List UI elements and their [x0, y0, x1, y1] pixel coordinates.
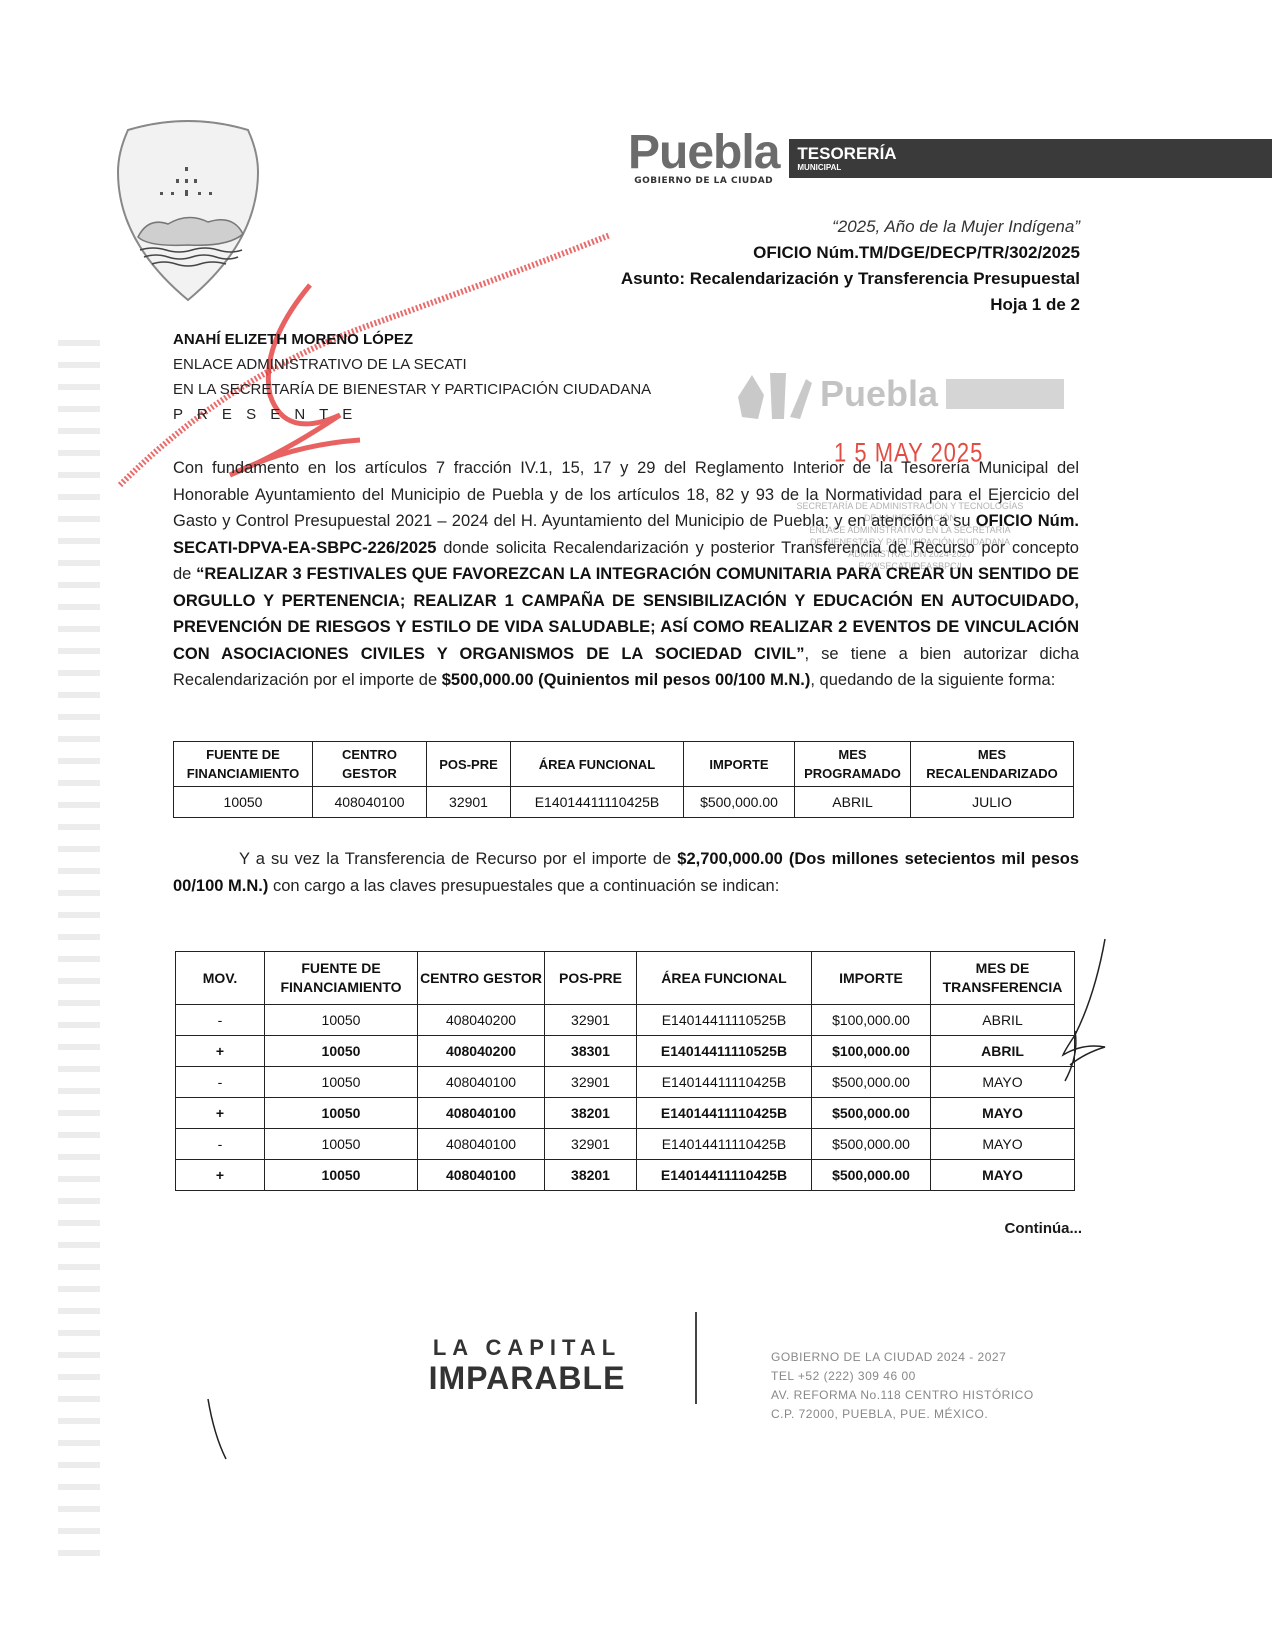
table-cell: $100,000.00 [812, 1005, 931, 1036]
table-cell: E14014411110525B [637, 1005, 812, 1036]
table-cell: 10050 [265, 1005, 418, 1036]
text-run: Y a su vez la Transferencia de Recurso p… [239, 850, 677, 868]
table-row: +1005040804010038201E14014411110425B$500… [176, 1098, 1075, 1129]
coat-of-arms-icon [108, 112, 268, 302]
table-cell: MAYO [931, 1129, 1075, 1160]
table-cell: JULIO [911, 787, 1074, 818]
table-cell: $500,000.00 [812, 1067, 931, 1098]
table-cell: 32901 [545, 1067, 637, 1098]
pen-stroke-mark [200, 1395, 240, 1465]
slogan-line-2: IMPARABLE [392, 1361, 662, 1395]
table-row: -1005040804020032901E14014411110525B$100… [176, 1005, 1075, 1036]
recalendar-amount: $500,000.00 (Quinientos mil pesos 00/100… [442, 671, 811, 689]
text-run: , quedando de la siguiente forma: [810, 671, 1055, 689]
recipient-name: ANAHÍ ELIZETH MORENO LÓPEZ [173, 327, 651, 352]
column-header: ÁREA FUNCIONAL [637, 952, 812, 1005]
table-cell: 32901 [545, 1005, 637, 1036]
table-cell: $500,000.00 [812, 1160, 931, 1191]
table-cell: 408040100 [418, 1160, 545, 1191]
movement-sign: - [176, 1129, 265, 1160]
movement-sign: + [176, 1098, 265, 1129]
address-line: TEL +52 (222) 309 46 00 [771, 1367, 1034, 1386]
footer-address: GOBIERNO DE LA CIUDAD 2024 - 2027 TEL +5… [771, 1348, 1034, 1424]
column-header: ÁREA FUNCIONAL [511, 742, 684, 787]
table-cell: 408040200 [418, 1005, 545, 1036]
table-row: 10050 408040100 32901 E14014411110425B $… [174, 787, 1074, 818]
column-header: POS-PRE [545, 952, 637, 1005]
table-cell: 408040100 [313, 787, 427, 818]
transfer-table: MOV. FUENTE DE FINANCIAMIENTO CENTRO GES… [175, 951, 1075, 1191]
column-header: IMPORTE [684, 742, 795, 787]
table-cell: 408040100 [418, 1129, 545, 1160]
column-header: FUENTE DE FINANCIAMIENTO [265, 952, 418, 1005]
table-row: +1005040804010038201E14014411110425B$500… [176, 1160, 1075, 1191]
recipient-position: ENLACE ADMINISTRATIVO DE LA SECATI [173, 352, 651, 377]
table-cell: E14014411110425B [637, 1067, 812, 1098]
table-row: +1005040804020038301E14014411110525B$100… [176, 1036, 1075, 1067]
column-header: IMPORTE [812, 952, 931, 1005]
continues-indicator: Continúa... [1005, 1220, 1083, 1237]
recalendarization-table: FUENTE DE FINANCIAMIENTO CENTRO GESTOR P… [173, 741, 1074, 818]
address-line: AV. REFORMA No.118 CENTRO HISTÓRICO [771, 1386, 1034, 1405]
table-cell: $500,000.00 [812, 1129, 931, 1160]
oficio-number: OFICIO Núm.TM/DGE/DECP/TR/302/2025 [621, 240, 1080, 266]
subject-line: Asunto: Recalendarización y Transferenci… [621, 266, 1080, 292]
table-cell: 38201 [545, 1098, 637, 1129]
table-cell: 38201 [545, 1160, 637, 1191]
slogan-line-1: LA CAPITAL [392, 1335, 662, 1361]
table-cell: 38301 [545, 1036, 637, 1067]
document-header: “2025, Año de la Mujer Indígena” OFICIO … [621, 214, 1080, 318]
table-cell: 10050 [174, 787, 313, 818]
column-header: CENTRO GESTOR [313, 742, 427, 787]
year-motto: “2025, Año de la Mujer Indígena” [621, 214, 1080, 240]
puebla-tesoreria-logo: Puebla GOBIERNO DE LA CIUDAD TESORERÍA M… [622, 118, 1022, 198]
column-header: MES PROGRAMADO [795, 742, 911, 787]
table-cell: 408040100 [418, 1098, 545, 1129]
table-cell: 10050 [265, 1067, 418, 1098]
stamp-emblem-icon [734, 367, 814, 421]
logo-wordmark: Puebla [628, 130, 779, 176]
column-header: CENTRO GESTOR [418, 952, 545, 1005]
table-cell: 10050 [265, 1129, 418, 1160]
table-cell: E14014411110425B [637, 1098, 812, 1129]
table-cell: E14014411110525B [637, 1036, 812, 1067]
footer-divider [695, 1312, 697, 1404]
movement-sign: + [176, 1036, 265, 1067]
table-cell: 32901 [427, 787, 511, 818]
table-cell: $500,000.00 [812, 1098, 931, 1129]
table-cell: 10050 [265, 1160, 418, 1191]
table-cell: 10050 [265, 1098, 418, 1129]
handwritten-signature [1035, 935, 1115, 1085]
department-badge: TESORERÍA MUNICIPAL [789, 139, 1272, 178]
stamp-wordmark: Puebla [820, 373, 938, 415]
recipient-block: ANAHÍ ELIZETH MORENO LÓPEZ ENLACE ADMINI… [173, 327, 651, 427]
movement-sign: - [176, 1005, 265, 1036]
address-line: C.P. 72000, PUEBLA, PUE. MÉXICO. [771, 1405, 1034, 1424]
recipient-presente: P R E S E N T E [173, 402, 651, 427]
table-cell: E14014411110425B [511, 787, 684, 818]
table-row: -1005040804010032901E14014411110425B$500… [176, 1067, 1075, 1098]
page-indicator: Hoja 1 de 2 [621, 292, 1080, 318]
movement-sign: + [176, 1160, 265, 1191]
table-header-row: MOV. FUENTE DE FINANCIAMIENTO CENTRO GES… [176, 952, 1075, 1005]
logo-subtitle: GOBIERNO DE LA CIUDAD [634, 176, 773, 186]
column-header: MES RECALENDARIZADO [911, 742, 1074, 787]
column-header: MOV. [176, 952, 265, 1005]
table-cell: 408040100 [418, 1067, 545, 1098]
table-header-row: FUENTE DE FINANCIAMIENTO CENTRO GESTOR P… [174, 742, 1074, 787]
footer-slogan-logo: LA CAPITAL IMPARABLE [392, 1335, 662, 1395]
movement-sign: - [176, 1067, 265, 1098]
body-paragraph-1: Con fundamento en los artículos 7 fracci… [173, 455, 1079, 694]
column-header: FUENTE DE FINANCIAMIENTO [174, 742, 313, 787]
table-cell: E14014411110425B [637, 1160, 812, 1191]
department-sub: MUNICIPAL [797, 163, 1272, 172]
stamp-bar [946, 379, 1064, 409]
table-cell: ABRIL [795, 787, 911, 818]
body-paragraph-2: Y a su vez la Transferencia de Recurso p… [173, 846, 1079, 899]
table-row: -1005040804010032901E14014411110425B$500… [176, 1129, 1075, 1160]
column-header: POS-PRE [427, 742, 511, 787]
table-cell: $100,000.00 [812, 1036, 931, 1067]
table-cell: 32901 [545, 1129, 637, 1160]
department-name: TESORERÍA [797, 145, 1272, 163]
table-cell: MAYO [931, 1160, 1075, 1191]
table-cell: $500,000.00 [684, 787, 795, 818]
table-cell: 10050 [265, 1036, 418, 1067]
address-line: GOBIERNO DE LA CIUDAD 2024 - 2027 [771, 1348, 1034, 1367]
received-stamp-logo: Puebla [734, 365, 1064, 423]
decorative-border [58, 340, 100, 1560]
recipient-department: EN LA SECRETARÍA DE BIENESTAR Y PARTICIP… [173, 377, 651, 402]
text-run: con cargo a las claves presupuestales qu… [268, 877, 779, 895]
table-cell: 408040200 [418, 1036, 545, 1067]
text-run: Con fundamento en los artículos 7 fracci… [173, 459, 1079, 530]
table-cell: E14014411110425B [637, 1129, 812, 1160]
table-cell: MAYO [931, 1098, 1075, 1129]
